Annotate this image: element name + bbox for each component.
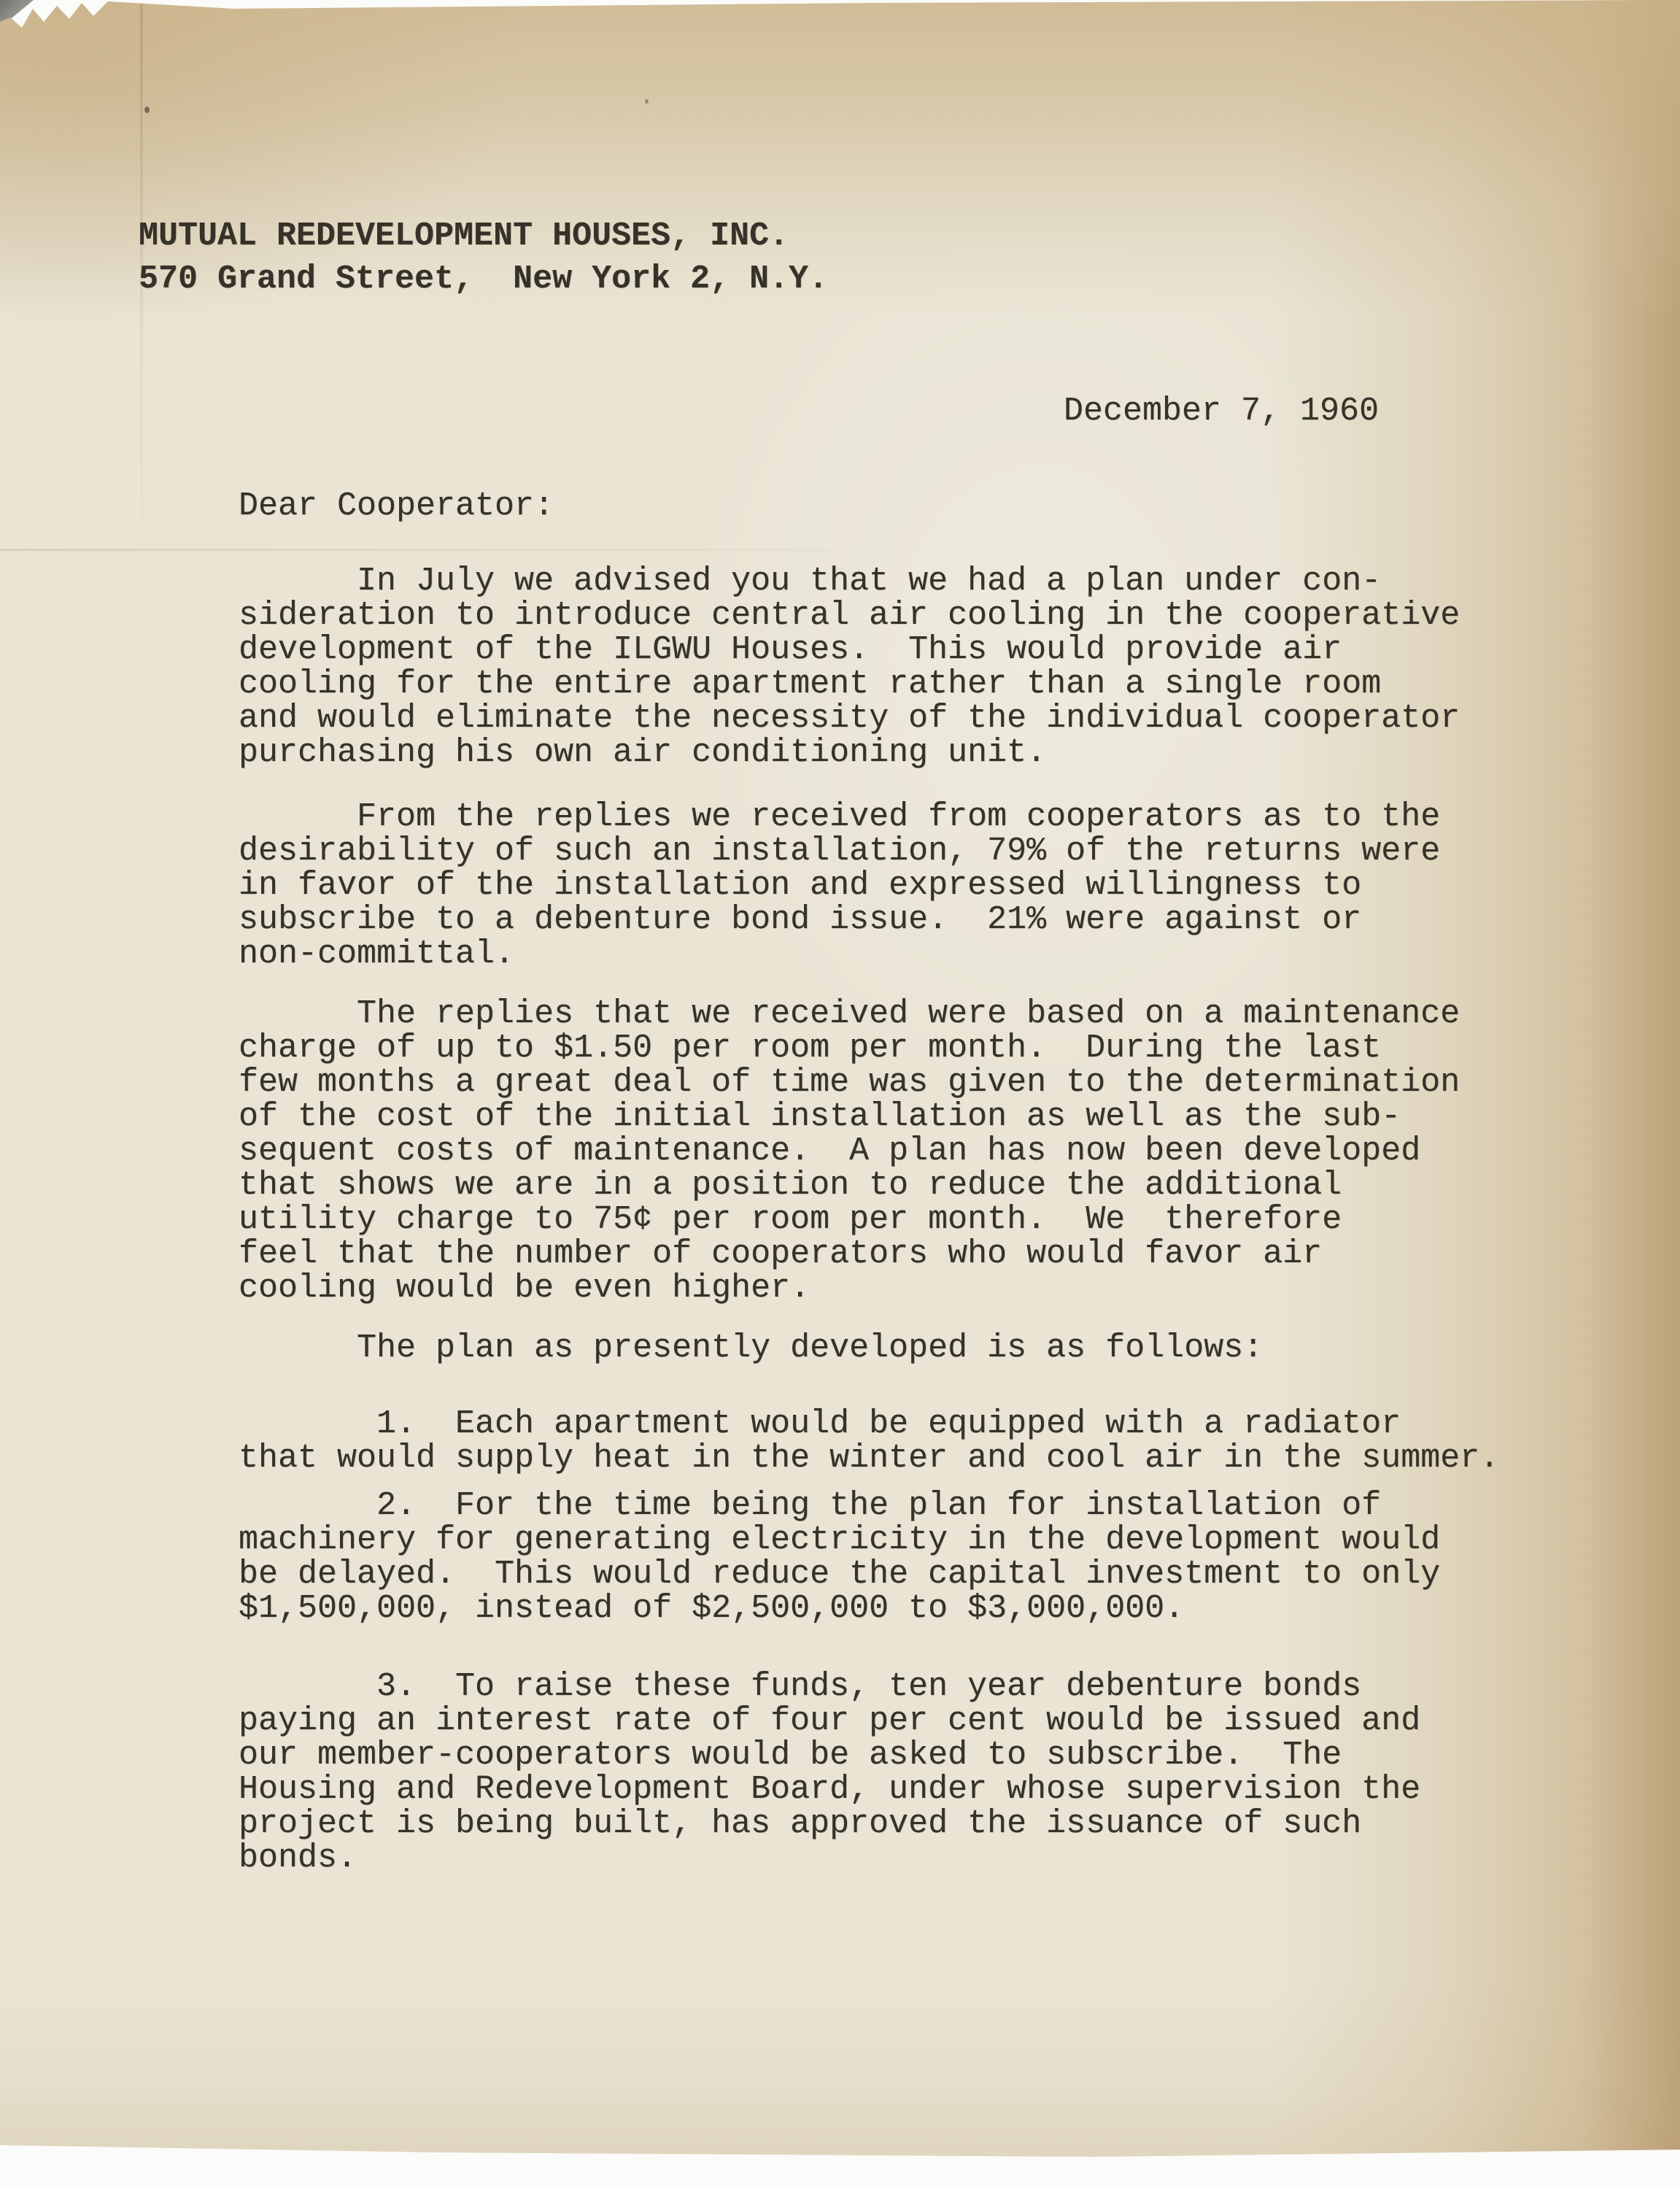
list-item-3: 3. To raise these funds, ten year debent… — [239, 1669, 1420, 1875]
paper-speck — [144, 107, 150, 113]
scanned-letter-page: MUTUAL REDEVELOPMENT HOUSES, INC. 570 Gr… — [0, 0, 1680, 2186]
fold-crease-horizontal — [0, 549, 839, 551]
paragraph-1: In July we advised you that we had a pla… — [239, 564, 1460, 770]
letter-paper: MUTUAL REDEVELOPMENT HOUSES, INC. 570 Gr… — [0, 0, 1680, 2186]
paragraph-3: The replies that we received were based … — [239, 997, 1460, 1305]
paragraph-2: From the replies we received from cooper… — [239, 800, 1440, 971]
paper-speck — [645, 99, 649, 104]
plan-intro-line: The plan as presently developed is as fo… — [239, 1331, 1263, 1365]
list-item-1: 1. Each apartment would be equipped with… — [239, 1407, 1499, 1475]
list-item-2: 2. For the time being the plan for insta… — [239, 1488, 1440, 1626]
letterhead: MUTUAL REDEVELOPMENT HOUSES, INC. 570 Gr… — [139, 215, 828, 301]
salutation: Dear Cooperator: — [239, 489, 554, 523]
date-line: December 7, 1960 — [1064, 394, 1379, 428]
